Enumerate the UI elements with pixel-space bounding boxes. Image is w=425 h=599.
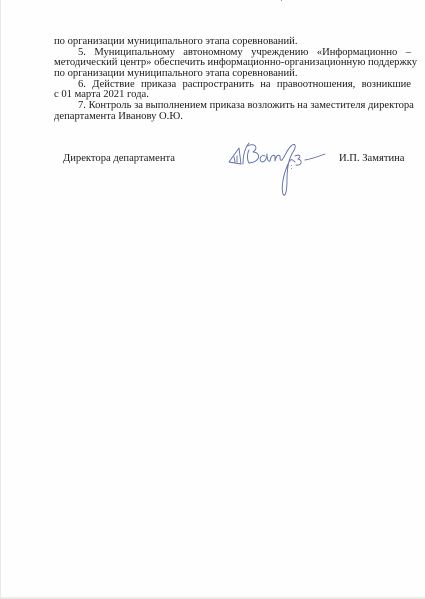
signatory-name: И.П. Замятина <box>339 153 405 164</box>
signatory-title: Директора департамента <box>63 153 175 164</box>
document-body: по организации муниципального этапа соре… <box>54 37 411 123</box>
paragraph-7-line-2: департамента Иванову О.Ю. <box>54 112 411 123</box>
handwritten-signature-icon <box>225 140 335 202</box>
scan-artifact <box>281 0 282 1</box>
scan-artifact <box>291 165 292 166</box>
document-page: по организации муниципального этапа соре… <box>0 0 425 599</box>
scan-artifact <box>291 168 292 169</box>
